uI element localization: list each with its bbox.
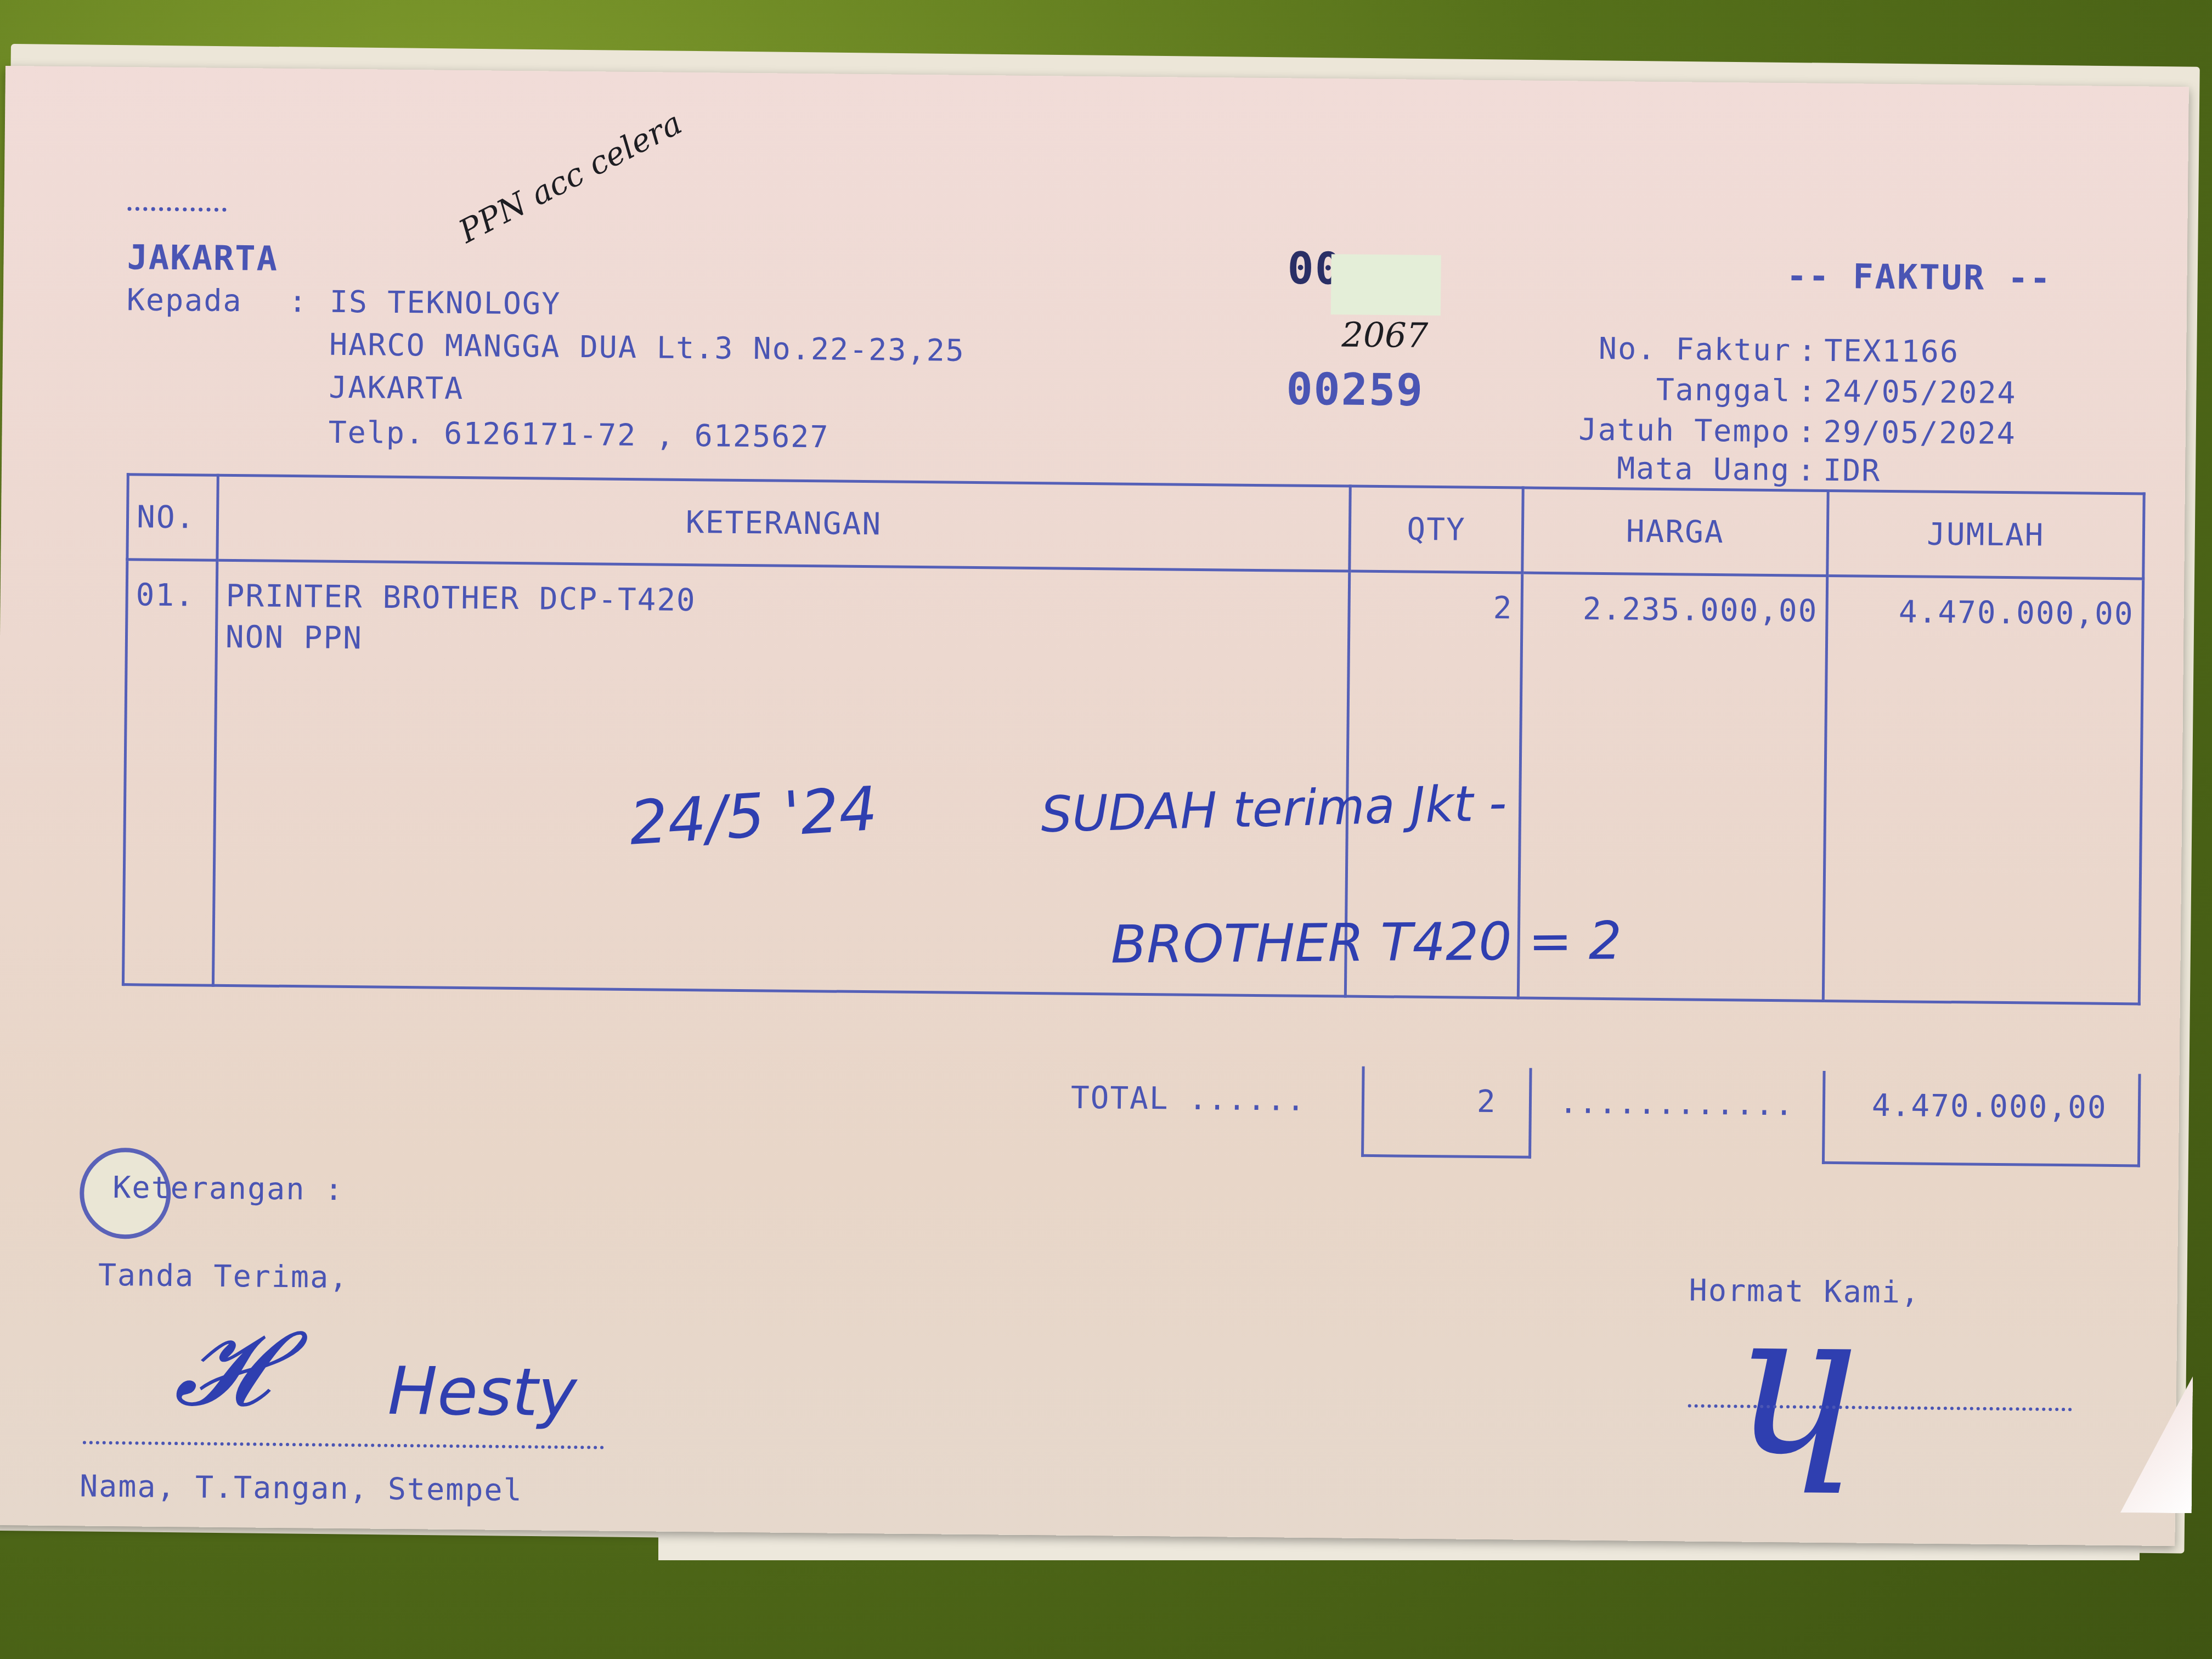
meta-label: Jatuh Tempo	[1483, 411, 1791, 449]
meta-label: Mata Uang	[1483, 449, 1791, 487]
meta-colon: :	[1791, 373, 1824, 409]
footer-keterangan-label: Keterangan :	[112, 1170, 344, 1207]
handwritten-ppn-note: PPN acc celera	[453, 104, 687, 251]
col-header-no: NO.	[127, 475, 218, 561]
handwritten-item-count: BROTHER T420 = 2	[1110, 911, 1622, 975]
recipient-label: Kepada	[127, 282, 242, 318]
header-rule	[127, 207, 226, 212]
due-date: 29/05/2024	[1823, 414, 2016, 451]
handwritten-received-note: SUDAH terima Jkt -	[1040, 775, 1508, 844]
total-label: TOTAL ......	[1071, 1080, 1306, 1118]
receipt-caption: Nama, T.Tangan, Stempel	[80, 1468, 523, 1508]
cell-jumlah: 4.470.000,00	[1823, 575, 2143, 1003]
meta-row-currency: Mata Uang : IDR	[1483, 449, 2016, 489]
handwritten-date: 24/5 '24	[627, 774, 879, 859]
item-description: PRINTER BROTHER DCP-T420	[225, 578, 1340, 624]
recipient-name: IS TEKNOLOGY	[330, 284, 561, 321]
col-header-qty: QTY	[1350, 486, 1523, 573]
company-city: JAKARTA	[127, 237, 278, 279]
recipient-address: HARCO MANGGA DUA Lt.3 No.22-23,25	[329, 327, 965, 368]
meta-label: No. Faktur	[1484, 330, 1792, 368]
meta-row-invoice-no: No. Faktur : TEX1166	[1484, 330, 2017, 370]
receiver-name-handwritten: Hesty	[387, 1353, 577, 1431]
meta-row-date: Tanggal : 24/05/2024	[1483, 370, 2017, 410]
col-header-keterangan: KETERANGAN	[217, 475, 1351, 571]
receipt-label: Tanda Terima,	[98, 1257, 349, 1295]
faktur-title: -- FAKTUR --	[1786, 256, 2052, 298]
handwritten-number: 2067	[1341, 314, 1428, 356]
faktur-meta: No. Faktur : TEX1166 Tanggal : 24/05/202…	[1483, 330, 2017, 489]
sender-signature-icon: ɥ	[1736, 1267, 1866, 1498]
recipient-city: JAKARTA	[329, 370, 464, 406]
invoice-sheet: JAKARTA Kepada : IS TEKNOLOGY HARCO MANG…	[0, 66, 2189, 1546]
total-qty-box	[1361, 1066, 1532, 1159]
invoice-date: 24/05/2024	[1824, 374, 2017, 410]
receiver-signature-line	[83, 1441, 604, 1449]
total-qty: 2	[1477, 1084, 1497, 1120]
meta-row-due-date: Jatuh Tempo : 29/05/2024	[1483, 411, 2016, 451]
redaction-sticker	[1331, 254, 1441, 315]
cell-no: 01.	[123, 560, 217, 986]
col-header-jumlah: JUMLAH	[1827, 490, 2145, 579]
recipient-colon: :	[289, 284, 308, 319]
meta-colon: :	[1790, 414, 1824, 449]
total-amount: 4.470.000,00	[1872, 1088, 2107, 1126]
currency: IDR	[1823, 453, 1881, 488]
recipient-phone: Telp. 6126171-72 , 6125627	[328, 415, 830, 455]
meta-colon: :	[1790, 452, 1824, 488]
meta-label: Tanggal	[1483, 370, 1791, 408]
total-filler: ............	[1559, 1085, 1795, 1122]
document-number-bottom: 00259	[1286, 363, 1424, 415]
item-tax-note: NON PPN	[225, 619, 1340, 665]
meta-colon: :	[1791, 332, 1825, 368]
receiver-signature-icon: 𝓗	[173, 1307, 269, 1431]
invoice-number: TEX1166	[1824, 333, 1959, 369]
col-header-harga: HARGA	[1522, 488, 1828, 575]
